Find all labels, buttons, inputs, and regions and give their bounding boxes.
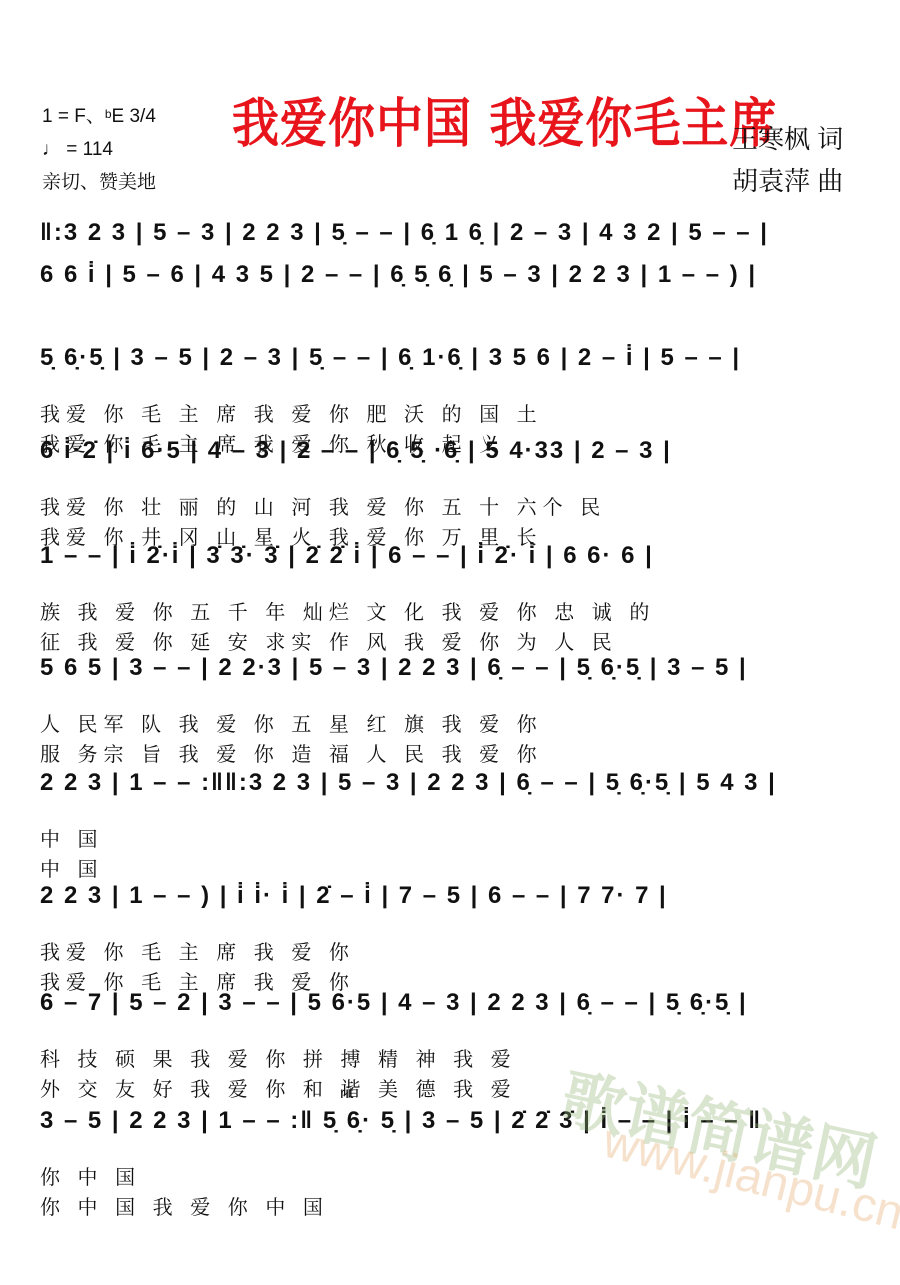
score-row: 2 2 3 | 1 – – ) | i̇ i̇· i̇ | 2̇ – i̇ | … <box>40 878 872 996</box>
notation-line: 6 – 7 | 5 – 2 | 3 – – | 5 6·5 | 4 – 3 | … <box>40 985 870 1029</box>
notation-line: 1 – – | i̇ 2̇·i̇ | 3̇ 3̇· 3̇ | 2̇ 2̇ i̇ … <box>40 538 870 582</box>
lyrics-verse-2: 服 务宗 旨 我 爱 你 造 福 人 民 我 爱 你 <box>40 738 872 768</box>
notation-line: 2 2 3 | 1 – – :‖‖:3 2 3 | 5 – 3 | 2 2 3 … <box>40 765 870 809</box>
notation-line: 2 2 3 | 1 – – ) | i̇ i̇· i̇ | 2̇ – i̇ | … <box>40 878 870 922</box>
tempo-marking: ♩ = 114 <box>42 133 156 166</box>
score-row: 2 2 3 | 1 – – :‖‖:3 2 3 | 5 – 3 | 2 2 3 … <box>40 765 872 883</box>
score-row: 1 – – | i̇ 2̇·i̇ | 3̇ 3̇· 3̇ | 2̇ 2̇ i̇ … <box>40 538 872 656</box>
notation-line: 6 6 i̇ | 5 – 6 | 4 3 5 | 2 – – | 6̣ 5̣ 6… <box>40 257 870 301</box>
score-info: 1 = F、bE 3/4 ♩ = 114 亲切、赞美地 <box>42 100 156 199</box>
notation-line: 6 i̇·2̇ | i̇ 6·5 | 4 – 3 | 2 – – | 6̣ 5̣… <box>40 433 870 477</box>
lyrics-verse-1: 我爱 你 毛 主 席 我 爱 你 肥 沃 的 国 土 <box>40 398 872 428</box>
lyrics-verse-1: 人 民军 队 我 爱 你 五 星 红 旗 我 爱 你 <box>40 708 872 738</box>
ritardando-marking: rit <box>340 1085 353 1103</box>
notation-line: 5̣ 6̣·5̣ | 3 – 5 | 2 – 3 | 5̣ – – | 6̣ 1… <box>40 340 870 384</box>
composer: 胡袁萍 曲 <box>732 160 843 202</box>
notation-line: 5 6 5 | 3 – – | 2 2·3 | 5 – 3 | 2 2 3 | … <box>40 650 870 694</box>
lyrics-verse-1: 中 国 <box>40 823 872 853</box>
score-row: 6 6 i̇ | 5 – 6 | 4 3 5 | 2 – – | 6̣ 5̣ 6… <box>40 257 872 301</box>
credits: 王寒枫 词 胡袁萍 曲 <box>732 118 843 202</box>
score-row: 5 6 5 | 3 – – | 2 2·3 | 5 – 3 | 2 2 3 | … <box>40 650 872 768</box>
score-row: 6 i̇·2̇ | i̇ 6·5 | 4 – 3 | 2 – – | 6̣ 5̣… <box>40 433 872 551</box>
lyricist: 王寒枫 词 <box>732 118 843 160</box>
lyrics-verse-1: 我爱 你 壮 丽 的 山 河 我 爱 你 五 十 六个 民 <box>40 491 872 521</box>
lyrics-verse-1: 我爱 你 毛 主 席 我 爱 你 <box>40 936 872 966</box>
lyrics-verse-1: 族 我 爱 你 五 千 年 灿烂 文 化 我 爱 你 忠 诚 的 <box>40 596 872 626</box>
expression-marking: 亲切、赞美地 <box>42 166 156 199</box>
lyrics-verse-1: 科 技 硕 果 我 爱 你 拼 搏 精 神 我 爱 <box>40 1043 872 1073</box>
score-row: ‖:3 2 3 | 5 – 3 | 2 2 3 | 5̣ – – | 6̣ 1 … <box>40 215 872 259</box>
notation-line: ‖:3 2 3 | 5 – 3 | 2 2 3 | 5̣ – – | 6̣ 1 … <box>40 215 870 259</box>
key-signature: 1 = F、bE 3/4 <box>42 100 156 133</box>
song-title: 我爱你中国 我爱你毛主席 <box>232 82 777 157</box>
quarter-note-icon: ♩ <box>42 139 61 160</box>
